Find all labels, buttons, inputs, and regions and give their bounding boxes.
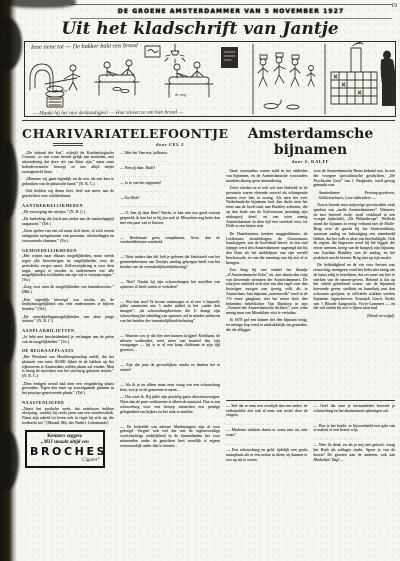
column-telefoontje: TELEFOONTJE door CEL 2 — Met het Van-iet…	[120, 126, 220, 472]
section-divider-rule	[22, 120, 395, 121]
dialogue-dots: ......................	[314, 436, 396, 441]
dialogue-line: — Niet? Omdat bij zijn schouwburgen het …	[120, 280, 220, 290]
ad-line: „MIJ smaakt altijd een	[30, 440, 100, 445]
ad-brand-name: BROCHES	[30, 445, 100, 458]
dialogue-dots: ......................	[120, 248, 220, 253]
dialogue-line: — De bedoelde van nieuwe Marktzangers zi…	[120, 425, 220, 449]
dialogue-line: — Is ie van het regiment?	[120, 181, 220, 186]
dialogue-continuation: — Stel dat er eens een overlijdt dan een…	[226, 404, 395, 472]
dialogue-col-right: — Geef dat naar je bestuurderlei hoeveel…	[314, 404, 396, 472]
dialogue-line: — Niets anders dan dit: heb je gelezen d…	[120, 255, 220, 269]
dialogue-line: — Heelemaal geen compliment, lieve; dan …	[120, 236, 220, 246]
dialogue-dots: ......................	[120, 228, 220, 233]
dialogue-line: — Stel dat er eens een overlijdt dan een…	[226, 404, 308, 418]
dialogue-dots: ......................	[120, 326, 220, 331]
comic-drawing	[25, 42, 395, 116]
section-heading: NAASTENLIEFDE	[22, 400, 114, 405]
paragraph: voor de Amsterdamsche Beurs bekend was. …	[314, 169, 396, 188]
charivaria-title: CHARIVARIA	[22, 126, 114, 141]
dialogue-line: — Ben jij daar, Ruth?	[120, 166, 220, 171]
bijnamen-byline: door S. KALFF	[226, 159, 395, 164]
dialogue-col-left: — Stel dat er eens een overlijdt dan een…	[226, 404, 308, 472]
dialogue-dots: ......................	[120, 292, 220, 297]
paragraph: „Hiermee wij gaan eigenlijk uit de wet, …	[22, 177, 114, 187]
paragraph: „Dien eenigen avond had men een vergader…	[22, 382, 114, 396]
page-title: Uit het kladschrift van Jantje	[0, 19, 400, 39]
masthead-row: DE GROENE AMSTERDAMMER VAN 5 NOVEMBER 19…	[70, 4, 392, 19]
ad-line: Cigaret’’	[30, 458, 100, 463]
comic-label-trog: de trog	[175, 92, 186, 97]
paragraph-italic: Amsterdamer Penning-goederen, Geldwissel…	[314, 191, 396, 201]
paragraph: „Zorg voor uren de mogelijkheden van las…	[22, 285, 114, 295]
dialogue-line: — Waarom zou je dat hier niet kunnen kri…	[120, 334, 220, 353]
paragraph: „Je hebt met bescheidenheid je verlangen…	[22, 335, 114, 345]
comic-label-oven: de oven	[55, 88, 67, 93]
paragraph: „Het wijzen naar elkaars mogelijkheden, …	[22, 254, 114, 283]
paragraph: „De inhoud der bus”, schrijft de Krediet…	[22, 151, 114, 175]
dialogue-dots: ......................	[120, 417, 220, 422]
cigarette-advertisement: Kenners zeggen: „MIJ smaakt altijd een B…	[25, 430, 105, 468]
paragraph: Zelve werden ze er ook wel mee bedeeld; …	[226, 186, 308, 229]
paragraph: „De ontwikkelingsmogelijkheden van deze …	[22, 315, 114, 325]
paragraph: Voorts hoorde men naijverige provinciale…	[314, 203, 396, 261]
paragraph: „Het Westland van Hoofdwegenschap meldt,…	[22, 355, 114, 379]
paragraph: In 1678 gaf een hunner het den bijnaam t…	[226, 318, 308, 332]
dialogue-line: — Niet. Ik denk, en als je mij niet gelo…	[314, 443, 396, 462]
dialogue-line: — Met het Van-iets, juffrouw.	[120, 151, 220, 156]
comic-strip: Iene tiene tot — De bakker bakt ons broo…	[24, 41, 396, 117]
dialogue-line: — Wat dan nou? Ik kwam vanmorgen er al e…	[120, 300, 220, 324]
section-heading: DE BEGRAAFPLAATS	[22, 348, 114, 353]
dialogue-dots: ......................	[120, 356, 220, 361]
dialogue-dots: ......................	[120, 203, 220, 208]
dialogue-dots: ......................	[120, 158, 220, 163]
bijnamen-body: Onze voorouders waren mild in het uitdee…	[226, 169, 395, 397]
dialogue-line: — Geef dat naar je bestuurderlei hoeveel…	[314, 404, 396, 414]
paragraph: „De bedoeling die (zich aan ziekte aan d…	[22, 217, 114, 227]
column-bijnamen: Amsterdamsche bijnamen door S. KALFF Onz…	[226, 126, 395, 472]
article-divider-rule	[226, 400, 395, 401]
dialogue-line: — Zijn dat juist de gevaarlijkste omdat …	[120, 363, 220, 373]
dialogue-line: — Een schouwburg en geld: tijdelijk een …	[226, 448, 308, 462]
column-charivaria: CHARIVARIA „De inhoud der bus”, schrijft…	[22, 126, 114, 472]
section-heading: AANTREKKELIJKHEDEN	[22, 203, 114, 208]
comic-caption-bottom: — Maakt hij het niet deskundigjes! — Hoe…	[33, 109, 183, 116]
scan-blot	[6, 0, 76, 8]
dialogue-dots: ......................	[226, 421, 308, 426]
dialogue-dots: ......................	[226, 441, 308, 446]
telefoontje-title: TELEFOONTJE	[120, 126, 220, 141]
ornament-rule	[53, 143, 83, 147]
paragraph: De liefdadigheid en de zin voor feesten …	[314, 263, 396, 311]
dialogue-dots: ......................	[314, 416, 396, 421]
dialogue-dots: ......................	[120, 188, 220, 193]
paragraph: „De verzorging der niertjes.” (N. R. C.)	[22, 210, 114, 215]
dialogue-line: — O, ben jij daar Bets? Wacht, ie kan ni…	[120, 211, 220, 225]
paragraph: De Haarlemmers heetten muggenblazers, de…	[226, 232, 308, 266]
paragraph: Onze voorouders waren mild in het uitdee…	[226, 169, 308, 183]
paragraph: Zoo hing bij een winkel het blaadje „d’A…	[226, 268, 308, 316]
article-columns: CHARIVARIA „De inhoud der bus”, schrijft…	[22, 126, 395, 472]
masthead-title: DE GROENE AMSTERDAMMER VAN 5 NOVEMBER 19…	[118, 8, 344, 15]
newspaper-page: DE GROENE AMSTERDAMMER VAN 5 NOVEMBER 19…	[0, 0, 400, 561]
dialogue-dots: ......................	[120, 173, 220, 178]
dialogue-dots: ......................	[120, 272, 220, 277]
dialogue-line: — Als ik je nu alleen maar eens vraag wa…	[120, 383, 220, 393]
dialogue-line: — En Dirk?	[120, 196, 220, 201]
telefoontje-byline: door CEL 2	[120, 142, 220, 147]
paragraph: Ook hielden wij dezen keer, heel wat mee…	[22, 189, 114, 199]
section-heading: AANPLAKBILJETTEN	[22, 328, 114, 333]
to-be-continued: (Wordt vervolgd).	[314, 314, 396, 319]
dialogue-line: — Hoe je het bruikt: er bijvoorbeeld een…	[314, 424, 396, 434]
dialogue-line: — Moderne stukken duren er soms niet uit…	[226, 428, 308, 438]
ad-line: Kenners zeggen:	[30, 434, 100, 439]
bijnamen-col-right: voor de Amsterdamsche Beurs bekend was. …	[314, 169, 396, 397]
paragraph: „Een eigenlijk bevoegd van wichts, als d…	[22, 298, 114, 312]
dialogue-line: — Dat weet ik. Bij jullie zijn prachtig …	[120, 395, 220, 414]
section-heading: GEMOEDELIJKHEDEN	[22, 248, 114, 253]
paragraph: „Naast het poolsche werk, dat redelooze …	[22, 407, 114, 426]
bijnamen-title: Amsterdamsche bijnamen	[226, 126, 395, 158]
paragraph: „Geen spelen van een rol maar zich laten…	[22, 229, 114, 243]
bijnamen-col-left: Onze voorouders waren mild in het uitdee…	[226, 169, 308, 397]
dialogue-dots: ......................	[120, 375, 220, 380]
charivaria-body: „De inhoud der bus”, schrijft de Krediet…	[22, 151, 114, 451]
